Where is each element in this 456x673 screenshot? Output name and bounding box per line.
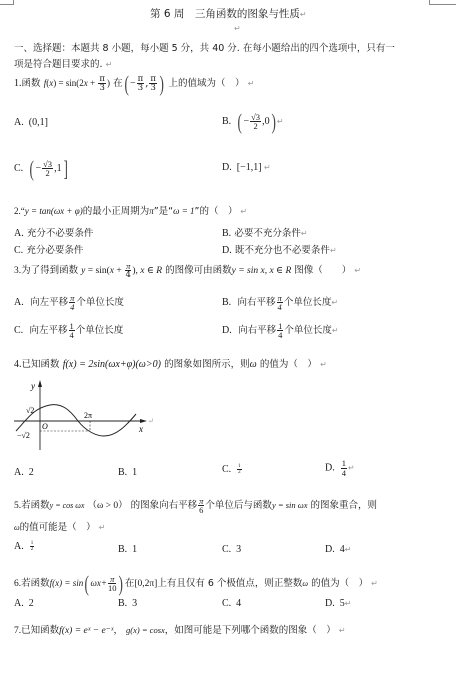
- frac-den: 4: [277, 331, 283, 340]
- option-label: C.: [14, 325, 23, 336]
- option-value: 2: [29, 598, 34, 609]
- paragraph-mark: ↵: [300, 10, 307, 19]
- option-label: A.: [14, 598, 24, 609]
- separator: ，: [113, 625, 123, 636]
- question-4-option-c[interactable]: C. 12: [222, 464, 243, 475]
- frac-den: 4: [69, 303, 75, 312]
- question-4-option-b[interactable]: B. 1: [118, 467, 137, 478]
- option-label: A.: [14, 228, 24, 239]
- stem-text: 的值为（ ）: [260, 359, 317, 370]
- option-text: 个单位长度: [284, 325, 332, 336]
- question-6-option-c[interactable]: C. 4: [222, 598, 241, 609]
- empty-paragraph-mark: ↵: [234, 24, 241, 33]
- question-6-option-b[interactable]: B. 3: [118, 598, 137, 609]
- option-value: 4: [236, 598, 241, 609]
- question-2-option-c[interactable]: C. 充分必要条件: [14, 242, 83, 256]
- option-label: D.: [222, 325, 232, 336]
- option-value: (0,1]: [29, 117, 48, 128]
- option-value: 3: [132, 598, 137, 609]
- x-axis-arrow-icon: [140, 419, 147, 423]
- stem-text: ”是“: [154, 206, 173, 217]
- question-1-option-d[interactable]: D. [−1,1] ↵: [222, 162, 271, 173]
- question-5-stem-line1: 5.若函数y = cos ωx （ω > 0） 的图象向右平移π6个单位后与函数…: [14, 493, 377, 518]
- paragraph-mark: ↵: [301, 229, 308, 238]
- stem-text: 在: [125, 578, 135, 589]
- option-value: 充分不必要条件: [27, 228, 94, 239]
- option-label: B.: [118, 544, 127, 555]
- question-3-stem: 3.为了得到函数 y = sin(x + π4), x ∈ R 的图像可由函数y…: [14, 258, 361, 284]
- y-bottom-label: −√2: [17, 431, 30, 440]
- stem-text: 个单位后与函数: [205, 500, 272, 511]
- option-text: 向左平移: [30, 297, 68, 308]
- option-label: C.: [222, 598, 231, 609]
- function-expression: y = cos ωx: [50, 501, 85, 510]
- function-expression: g(x) = cosx: [126, 625, 165, 635]
- stem-text: 的值为（ ）: [311, 578, 368, 589]
- omega-symbol: ω: [250, 359, 257, 370]
- question-2-option-b[interactable]: B. 必要不充分条件↵: [222, 225, 308, 239]
- option-label: D.: [325, 598, 335, 609]
- option-value: 1: [132, 467, 137, 478]
- stem-text: 若函数: [21, 578, 50, 589]
- question-4-option-a[interactable]: A. 2: [14, 467, 34, 478]
- paragraph-mark: ↵: [277, 117, 284, 126]
- option-text: 个单位长度: [284, 297, 332, 308]
- stem-text: 的值可能是（ ）: [20, 522, 96, 533]
- option-value: 3: [236, 544, 241, 555]
- question-5-option-b[interactable]: B. 1: [118, 544, 137, 555]
- paragraph-mark: ↵: [354, 266, 361, 275]
- option-label: B.: [222, 116, 231, 127]
- option-text: 向右平移: [238, 297, 276, 308]
- option-label: D.: [325, 462, 335, 473]
- option-label: C.: [222, 464, 231, 475]
- option-value: 必要不充分条件: [234, 228, 301, 239]
- function-expression: y = sin ωx: [272, 500, 308, 510]
- question-3-option-a[interactable]: A. 向左平移π4个单位长度: [14, 291, 124, 315]
- question-1-option-a[interactable]: A. (0,1]: [14, 117, 48, 128]
- option-value: [−1,1]: [237, 162, 262, 173]
- option-label: B.: [118, 598, 127, 609]
- option-label: A.: [14, 117, 24, 128]
- question-5-option-a[interactable]: A. 12: [14, 541, 35, 552]
- option-label: C.: [222, 544, 231, 555]
- paragraph-mark: ↵: [331, 298, 338, 307]
- stem-text: 在: [113, 78, 123, 89]
- y-axis-label: y: [30, 381, 35, 391]
- paragraph-mark: ↵: [332, 326, 339, 335]
- frac-den: 4: [341, 469, 347, 478]
- x-tick-label: 2π: [84, 411, 92, 420]
- option-label: D.: [222, 162, 232, 173]
- question-1-option-b[interactable]: B. (−√32,0)↵: [222, 108, 284, 136]
- option-label: A.: [14, 541, 24, 552]
- question-3-option-b[interactable]: B. 向右平移π4个单位长度↵: [222, 291, 338, 315]
- question-2-option-d[interactable]: D. 既不充分也不必要条件↵: [222, 242, 337, 256]
- stem-text: ”的（ ）: [195, 206, 238, 217]
- section-intro-line1: 一、选择题：本题共 8 小题，每小题 5 分，共 40 分. 在每小题给出的四个…: [14, 40, 395, 54]
- fraction-pi-3: π3: [98, 75, 106, 93]
- paragraph-mark: ↵: [339, 626, 346, 635]
- omega-symbol: ω: [302, 579, 308, 588]
- question-number: 4.: [14, 359, 22, 370]
- question-5-stem-line2: ω的值可能是（ ） ↵: [14, 519, 105, 533]
- section-intro-line2: 项是符合题目要求的. ↵: [14, 56, 112, 70]
- y-axis-arrow-icon: [38, 380, 42, 387]
- frac-den: 2: [237, 470, 242, 475]
- question-number: 1.: [14, 78, 22, 89]
- paragraph-mark: ↵: [330, 246, 337, 255]
- stem-text: 的图象如图所示，则: [164, 359, 250, 370]
- page-corner-mark-right: [429, 0, 456, 5]
- question-6-option-d[interactable]: D. 5↵: [325, 598, 351, 609]
- stem-text: 已知函数: [21, 625, 59, 636]
- paragraph-mark: ↵: [348, 463, 355, 472]
- stem-text: 的图象重合，则: [311, 500, 378, 511]
- option-label: C.: [14, 245, 23, 256]
- stem-text: 已知函数: [22, 359, 60, 370]
- question-2-stem: 2.“y = tan(ωx + φ)的最小正周期为π”是“ω = 1”的（ ） …: [14, 203, 247, 217]
- frac-den: 10: [108, 584, 117, 593]
- paragraph-mark: ↵: [320, 360, 327, 369]
- option-value: 2: [29, 467, 34, 478]
- paragraph-mark: ↵: [345, 599, 352, 608]
- tan-expression: y = tan(ωx + φ): [25, 206, 83, 216]
- stem-text: 的图像可由函数: [165, 265, 232, 276]
- question-5-option-c[interactable]: C. 3: [222, 544, 241, 555]
- question-6-stem: 6.若函数f(x) = sin(ωx+π10)在[0,2π]上有且仅有 6 个极…: [14, 570, 378, 597]
- y-top-label: √2: [26, 406, 34, 415]
- paragraph-mark: ↵: [240, 207, 247, 216]
- interval: [0,2π]: [134, 579, 157, 589]
- option-text: 个单位长度: [76, 297, 124, 308]
- paragraph-mark: ↵: [99, 523, 106, 532]
- option-value: 既不充分也不必要条件: [235, 245, 330, 256]
- function-expression: f(x) = 2sin(ωx+φ)(ω>0): [63, 359, 161, 370]
- stem-text: 的最小正周期为: [83, 206, 150, 217]
- function-expression: y = sin x, x ∈ R: [232, 266, 292, 276]
- origin-label: O: [42, 422, 48, 431]
- option-text: 向左平移: [30, 325, 68, 336]
- option-label: A.: [14, 297, 24, 308]
- frac-den: 6: [198, 506, 204, 515]
- paragraph-mark: ↵: [106, 60, 113, 69]
- page-title: 第 6 周 三角函数的图象与性质↵: [150, 6, 307, 21]
- option-label: D.: [222, 245, 232, 256]
- function-expression: f(x) = sin: [50, 578, 84, 588]
- page-corner-mark-left: [0, 0, 14, 5]
- question-4-stem: 4.已知函数 f(x) = 2sin(ωx+φ)(ω>0) 的图象如图所示，则ω…: [14, 356, 327, 370]
- section-intro-line2-text: 项是符合题目要求的.: [14, 59, 103, 70]
- question-7-stem: 7.已知函数f(x) = eˣ − e⁻ˣ， g(x) = cosx，如图可能是…: [14, 622, 346, 636]
- stem-text: 函数: [22, 78, 41, 89]
- stem-text: 上有且仅有 6 个极值点，则正整数: [157, 578, 302, 589]
- paragraph-mark: ↵: [264, 163, 271, 172]
- question-4-option-d[interactable]: D. 14↵: [325, 459, 355, 477]
- question-1-stem: 1.函数 f(x) = sin(2x + π3) 在(−π3,π3) 上的值域为…: [14, 71, 254, 95]
- question-6-option-a[interactable]: A. 2: [14, 598, 34, 609]
- stem-text: ，如图可能是下列哪个函数的图象（ ）: [165, 625, 336, 636]
- question-3-option-d[interactable]: D. 向右平移14个单位长度↵: [222, 319, 339, 343]
- option-label: C.: [14, 163, 23, 174]
- stem-text: 为了得到函数: [21, 265, 78, 276]
- x-axis-label: x: [138, 424, 143, 434]
- option-value: 1: [132, 544, 137, 555]
- function-expression: f(x) = eˣ − e⁻ˣ: [59, 626, 113, 636]
- frac-den: 4: [69, 331, 75, 340]
- option-value: 充分必要条件: [26, 245, 83, 256]
- option-label: D.: [325, 544, 335, 555]
- question-3-option-c[interactable]: C. 向左平移14个单位长度: [14, 319, 123, 343]
- stem-text: 若函数: [21, 500, 50, 511]
- stem-text: 上的值域为（ ）: [169, 78, 245, 89]
- paragraph-mark: ↵: [148, 417, 154, 425]
- option-label: B.: [222, 297, 231, 308]
- paragraph-mark: ↵: [371, 579, 378, 588]
- question-5-option-d[interactable]: D. 4↵: [325, 544, 351, 555]
- frac-den: 2: [30, 547, 35, 552]
- option-text: 向右平移: [238, 325, 276, 336]
- title-text: 第 6 周 三角函数的图象与性质: [150, 8, 300, 20]
- question-1-option-c[interactable]: C. (−√32,1]: [14, 155, 69, 183]
- omega-condition: （ω > 0）: [87, 501, 127, 511]
- question-number: 2.: [14, 206, 21, 216]
- frac-den: 4: [277, 303, 283, 312]
- paragraph-mark: ↵: [248, 79, 255, 88]
- sine-graph: y √2 −√2 O 2π x ↵: [0, 370, 160, 450]
- inner-expression: ωx+: [91, 578, 107, 588]
- option-text: 个单位长度: [76, 325, 124, 336]
- option-label: A.: [14, 467, 24, 478]
- stem-text: 的图象向右平移: [131, 500, 198, 511]
- question-2-option-a[interactable]: A. 充分不必要条件: [14, 225, 93, 239]
- stem-text: 图像（ ）: [294, 265, 351, 276]
- option-label: B.: [118, 467, 127, 478]
- option-label: B.: [222, 228, 231, 239]
- omega-condition: ω = 1: [173, 206, 194, 216]
- paragraph-mark: ↵: [345, 545, 352, 554]
